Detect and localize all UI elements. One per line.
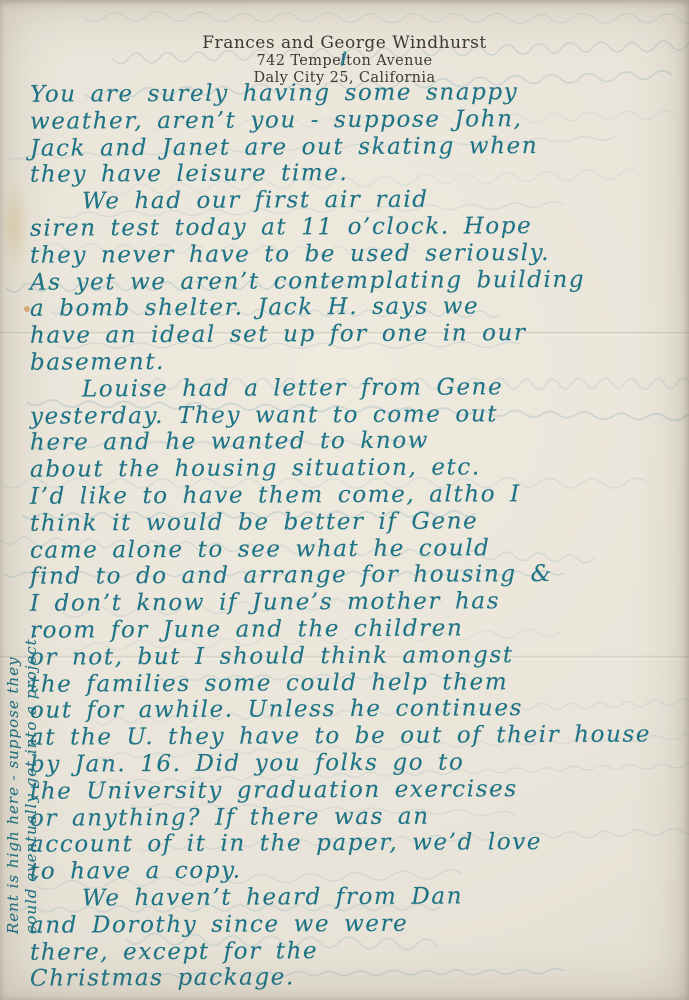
letterhead-name: Frances and George Windhurst [0,33,689,53]
letter-line: Christmas package. [30,963,685,993]
letter-line: they have leisure time. [30,159,685,189]
margin-note: Rent is high here - suppose theycould ev… [4,374,40,934]
letter-line: have an ideal set up for one in our [30,319,685,349]
letter-line: You are surely having some snappy [30,78,685,108]
letter-line: by Jan. 16. Did you folks go to [30,748,685,778]
letter-line: As yet we aren’t contemplating building [30,266,685,296]
letter-line: weather, aren’t you - suppose John, [30,105,685,135]
letter-line: the University graduation exercises [30,775,685,805]
letter-line: about the housing situation, etc. [30,453,685,483]
letter-line: account of it in the paper, we’d love [30,829,685,859]
letter-line: out for awhile. Unless he continues [30,695,685,725]
letter-line: Louise had a letter from Gene [30,373,685,403]
letter-line: at the U. they have to be out of their h… [30,721,685,751]
letter-line: We haven’t heard from Dan [30,882,685,912]
margin-note-line: could eventually get into a project. [22,374,40,934]
letter-line: siren test today at 11 o’clock. Hope [30,212,685,242]
letter-line: the families some could help them [30,668,685,698]
letter-line: We had our first air raid [30,185,685,215]
letter-line: here and he wanted to know [30,427,685,457]
letter-page: Frances and George Windhurst 742 Tempelt… [0,0,689,1000]
paper-stain [0,175,30,275]
letter-line: find to do and arrange for housing & [30,561,685,591]
letter-line: room for June and the children [30,614,685,644]
letter-line: they never have to be used seriously. [30,239,685,269]
letter-line: or anything? If there was an [30,802,685,832]
letter-line: there, except for the [30,936,685,966]
letter-line: and Dorothy since we were [30,909,685,939]
letter-line: basement. [30,346,685,376]
margin-note-line: Rent is high here - suppose they [4,374,22,934]
letter-body: You are surely having some snappyweather… [30,80,685,991]
letter-line: yesterday. They want to come out [30,400,685,430]
ghost-stroke [83,12,689,24]
letter-line: a bomb shelter. Jack H. says we [30,293,685,323]
letter-line: I don’t know if June’s mother has [30,587,685,617]
letter-line: Jack and Janet are out skating when [30,132,685,162]
letter-line: came alone to see what he could [30,534,685,564]
letter-line: or not, but I should think amongst [30,641,685,671]
letter-line: I’d like to have them come, altho I [30,480,685,510]
letter-line: think it would be better if Gene [30,507,685,537]
letter-line: to have a copy. [30,855,685,885]
